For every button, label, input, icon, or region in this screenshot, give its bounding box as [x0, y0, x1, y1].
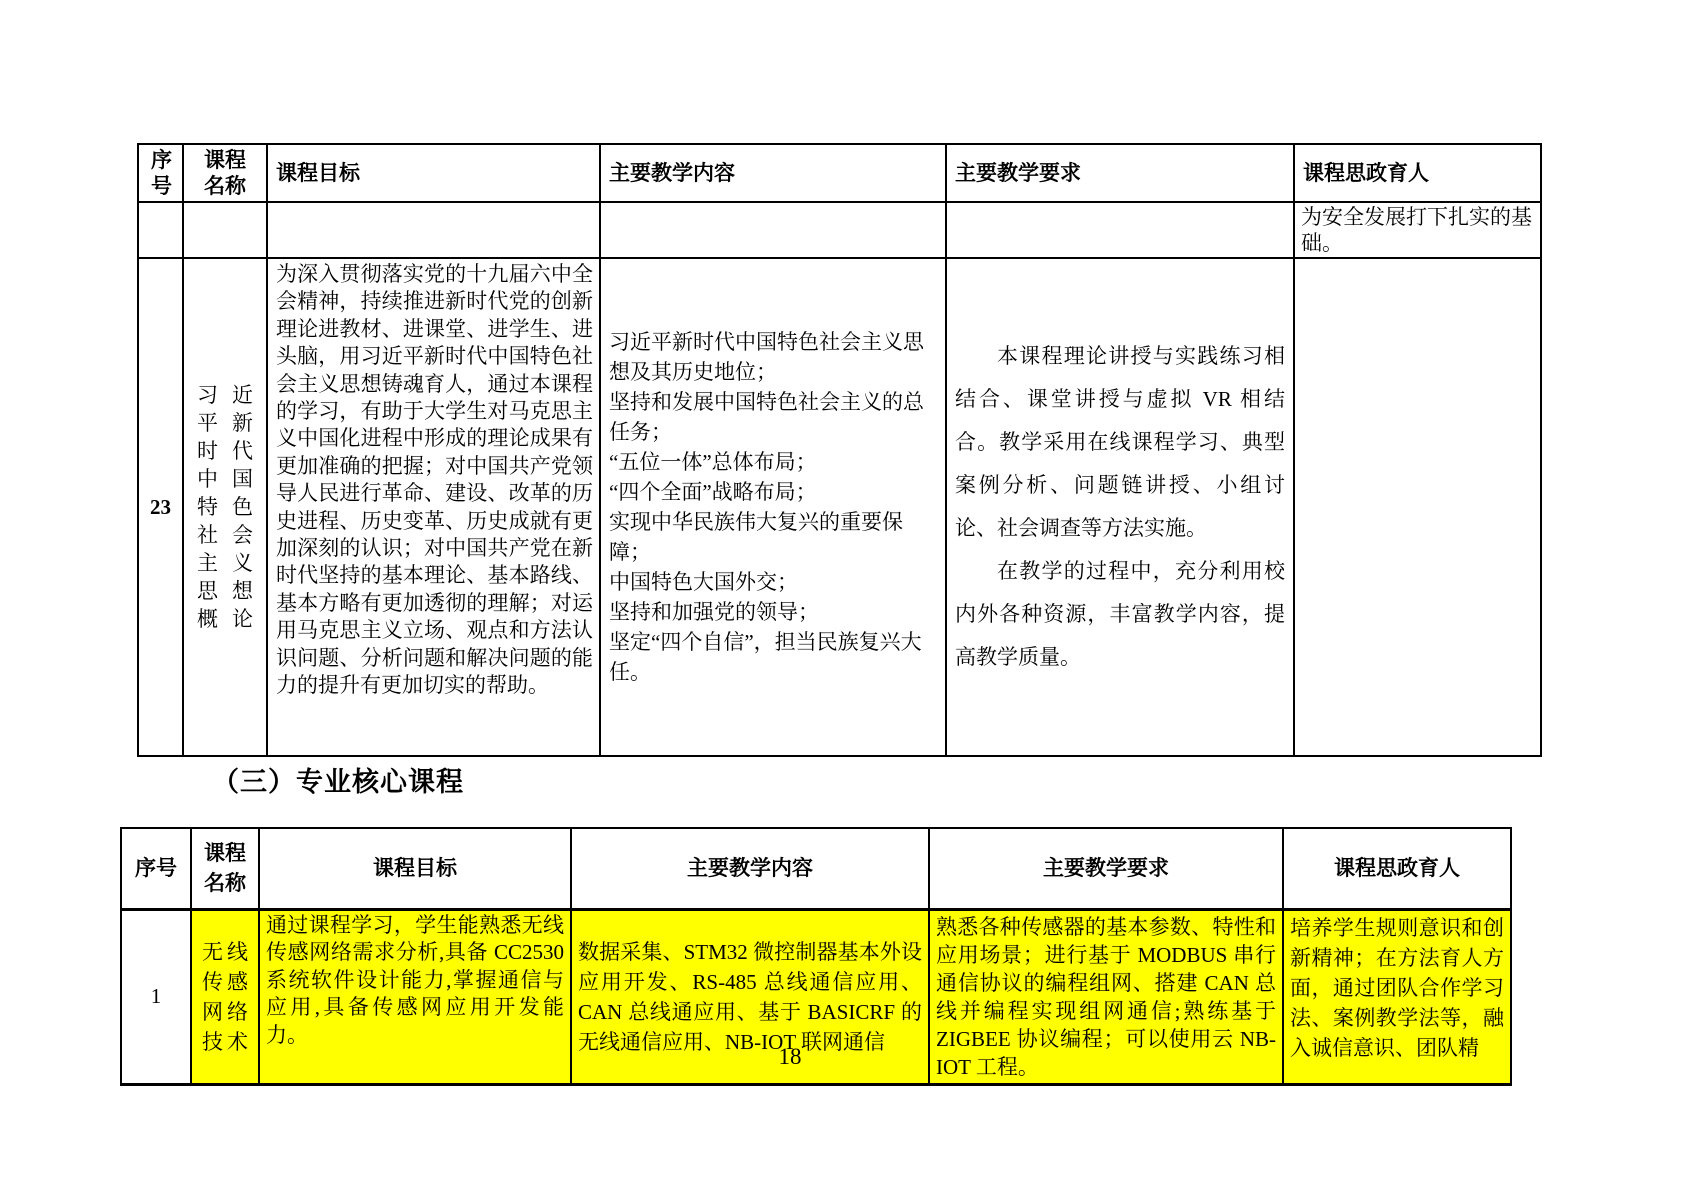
table2-header-objective: 课程目标	[259, 828, 571, 909]
row1-cell-course-name: 无线传感网络技术	[191, 909, 259, 1084]
table1-header-teaching-content: 主要教学内容	[600, 144, 946, 202]
table2-header-teaching-content: 主要教学内容	[571, 828, 929, 909]
table2-header-no: 序号	[121, 828, 191, 909]
carryover-cell-teaching-requirements	[946, 202, 1294, 258]
row23-cell-objective: 为深入贯彻落实党的十九届六中全会精神，持续推进新时代党的创新理论进教材、进课堂、…	[267, 258, 600, 756]
table2-header-course-name: 课程名称	[191, 828, 259, 909]
table1-header-objective: 课程目标	[267, 144, 600, 202]
course-table-previous-section: 序号 课程名称 课程目标 主要教学内容 主要教学要求 课程思政育人 为安全发展打…	[137, 143, 1542, 757]
row1-cell-objective: 通过课程学习，学生能熟悉无线传感网络需求分析,具备 CC2530 系统软件设计能…	[259, 909, 571, 1084]
table2-header-row: 序号 课程名称 课程目标 主要教学内容 主要教学要求 课程思政育人	[121, 828, 1511, 909]
row1-cell-no: 1	[121, 909, 191, 1084]
row1-cell-teaching-requirements: 熟悉各种传感器的基本参数、特性和应用场景；进行基于 MODBUS 串行通信协议的…	[929, 909, 1283, 1084]
table2-header-teaching-requirements: 主要教学要求	[929, 828, 1283, 909]
table1-header-no: 序号	[138, 144, 183, 202]
row23-requirements-paragraph-2: 在教学的过程中，充分利用校内外各种资源，丰富教学内容，提高教学质量。	[955, 550, 1285, 679]
carryover-cell-no	[138, 202, 183, 258]
table2-header-ideology: 课程思政育人	[1283, 828, 1511, 909]
row1-cell-ideology: 培养学生规则意识和创新精神；在方法育人方面，通过团队合作学习法、案例教学法等，融…	[1283, 909, 1511, 1084]
table1-header-teaching-requirements: 主要教学要求	[946, 144, 1294, 202]
carryover-cell-ideology: 为安全发展打下扎实的基础。	[1294, 202, 1541, 258]
document-page: 序号 课程名称 课程目标 主要教学内容 主要教学要求 课程思政育人 为安全发展打…	[0, 0, 1684, 1191]
table1-header-course-name: 课程名称	[183, 144, 267, 202]
row23-requirements-paragraph-1: 本课程理论讲授与实践练习相结合、课堂讲授与虚拟 VR 相结合。教学采用在线课程学…	[955, 335, 1285, 550]
row23-cell-course-name: 习近平新时代中国特色社会主义思想概论	[183, 258, 267, 756]
table1-header-ideology: 课程思政育人	[1294, 144, 1541, 202]
row23-cell-ideology	[1294, 258, 1541, 756]
carryover-cell-teaching-content	[600, 202, 946, 258]
carryover-cell-course-name	[183, 202, 267, 258]
carryover-cell-objective	[267, 202, 600, 258]
row23-cell-no: 23	[138, 258, 183, 756]
table1-row-23: 23 习近平新时代中国特色社会主义思想概论 为深入贯彻落实党的十九届六中全会精神…	[138, 258, 1541, 756]
page-number: 18	[745, 1044, 835, 1070]
row23-cell-teaching-requirements: 本课程理论讲授与实践练习相结合、课堂讲授与虚拟 VR 相结合。教学采用在线课程学…	[946, 258, 1294, 756]
table1-header-row: 序号 课程名称 课程目标 主要教学内容 主要教学要求 课程思政育人	[138, 144, 1541, 202]
section-heading: （三）专业核心课程	[212, 760, 464, 799]
table1-carryover-row: 为安全发展打下扎实的基础。	[138, 202, 1541, 258]
row23-cell-teaching-content: 习近平新时代中国特色社会主义思想及其历史地位； 坚持和发展中国特色社会主义的总任…	[600, 258, 946, 756]
